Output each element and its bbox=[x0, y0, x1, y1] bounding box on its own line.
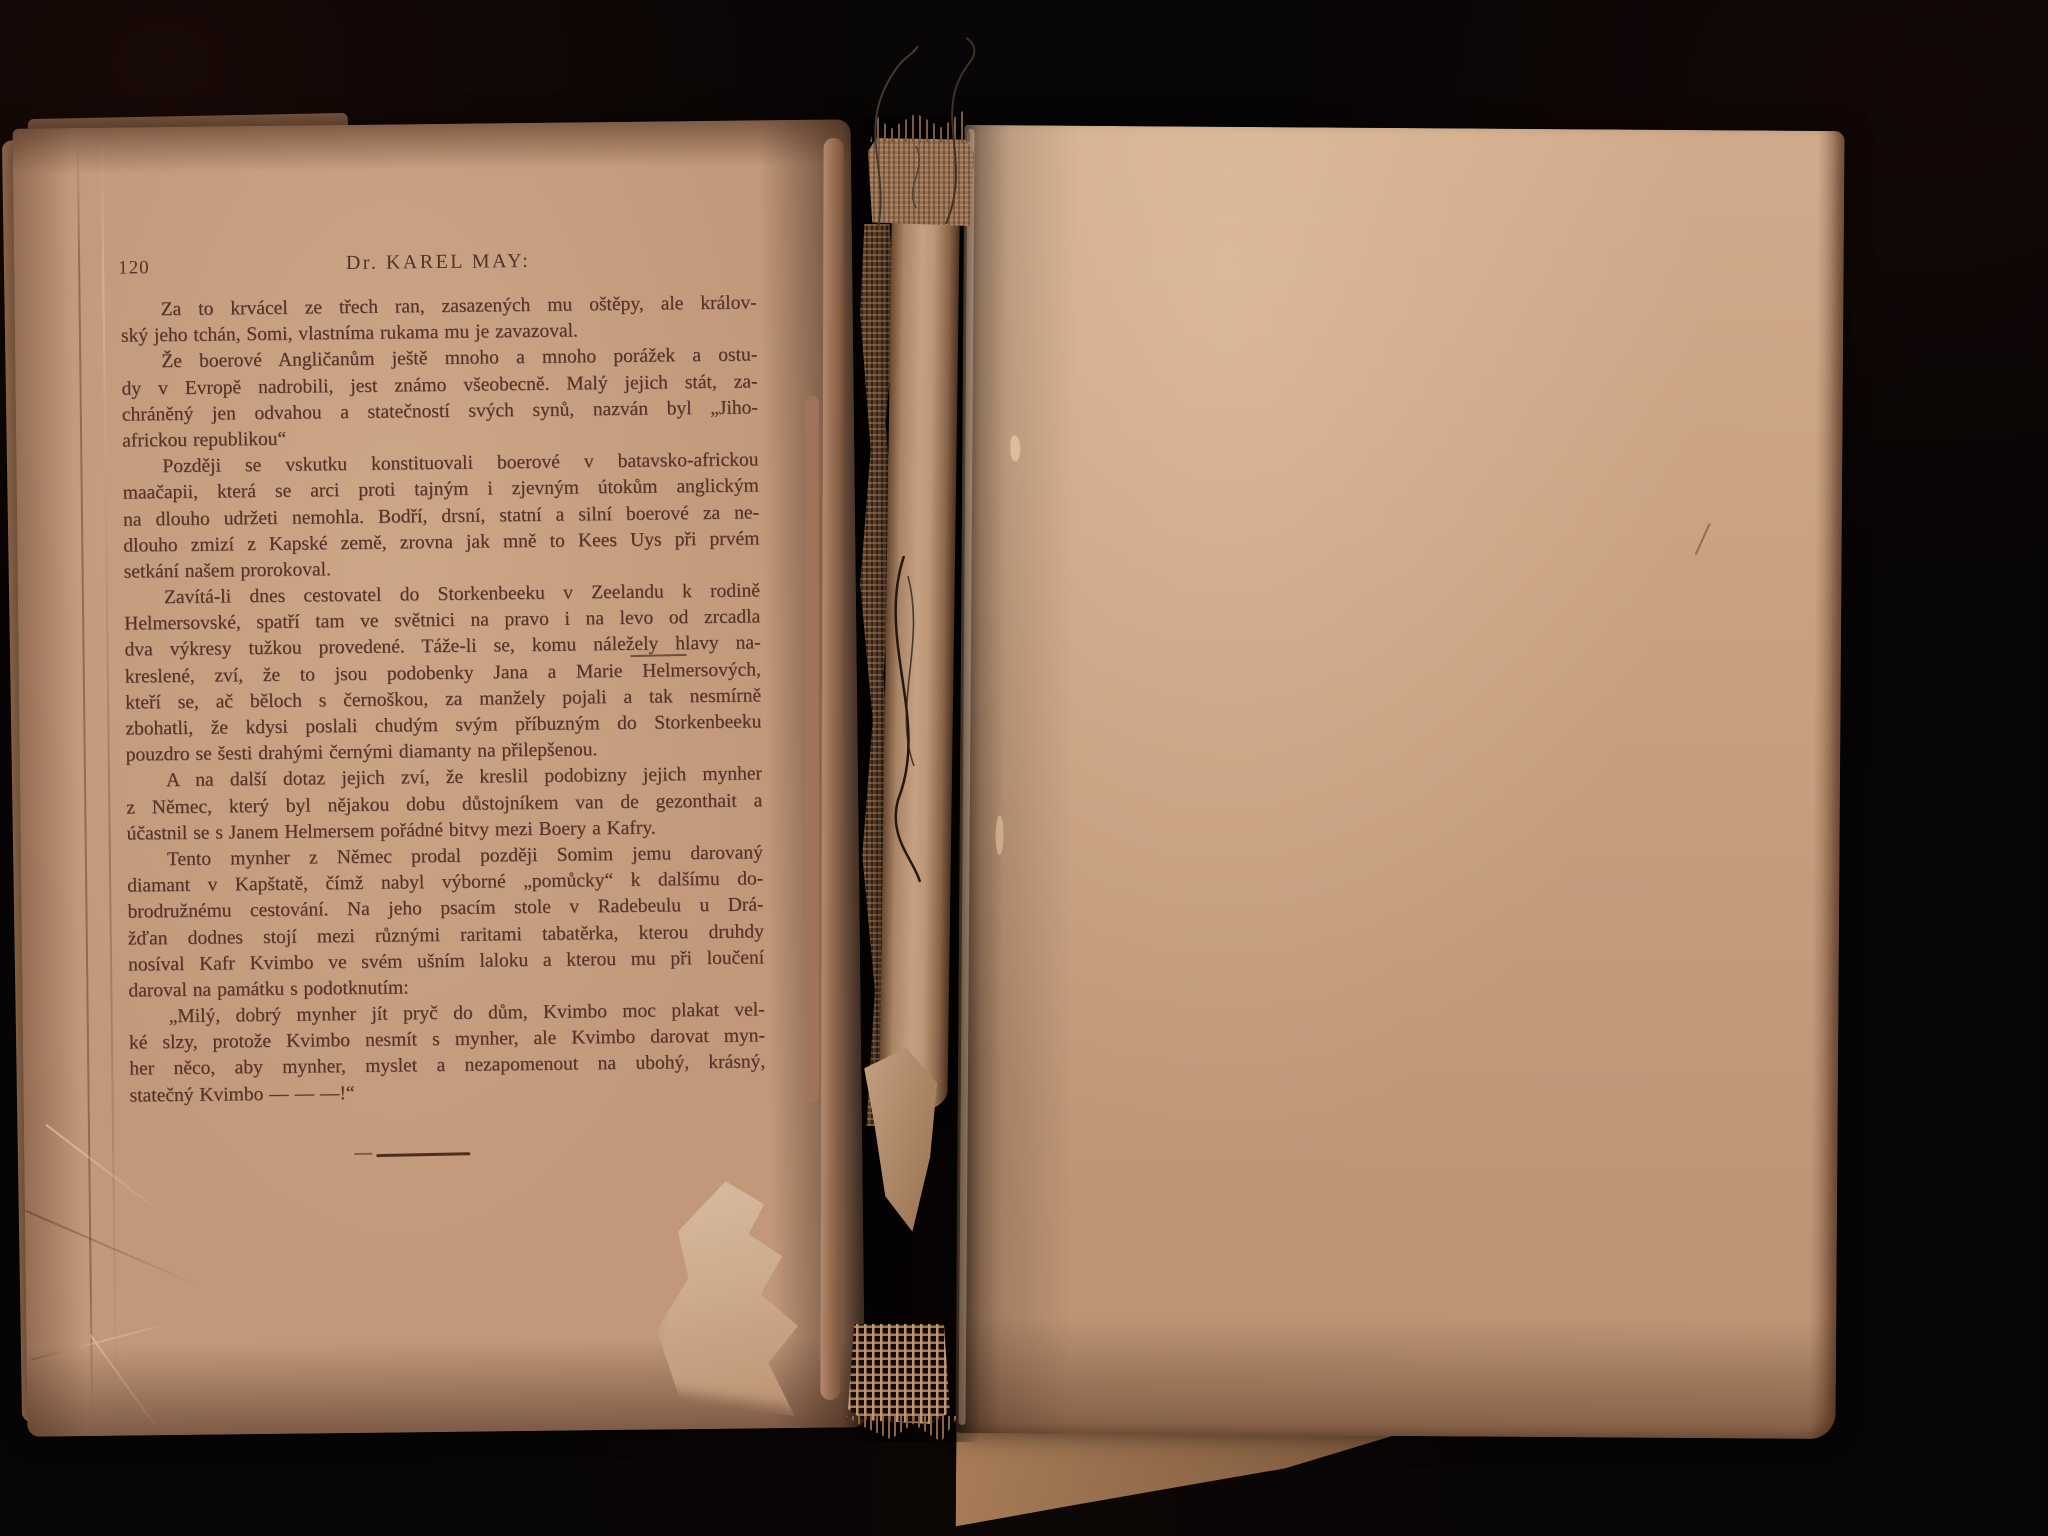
torn-paper-flap bbox=[648, 1175, 839, 1418]
hanging-thread-icon bbox=[856, 556, 986, 886]
section-divider-rule bbox=[376, 1152, 470, 1156]
right-page bbox=[955, 125, 1844, 1439]
torn-page-edge bbox=[805, 396, 819, 1102]
torn-page-edge bbox=[820, 138, 843, 1400]
crease-line bbox=[45, 1124, 167, 1218]
section-divider-lead bbox=[354, 1153, 372, 1155]
crease-line bbox=[89, 1334, 162, 1434]
binding-gauze-bottom bbox=[848, 1324, 950, 1424]
page-stack-bottom-edge bbox=[956, 1422, 1427, 1529]
loose-threads-icon bbox=[818, 28, 1078, 248]
paper-fiber bbox=[1695, 523, 1711, 555]
body-text: Za to krvácel ze třech ran, zasazených m… bbox=[121, 290, 766, 1109]
paper-chip bbox=[1010, 435, 1020, 461]
page-edge-line bbox=[77, 138, 94, 1418]
left-page: 120 Dr. KAREL MAY: Za to krvácel ze třec… bbox=[13, 119, 866, 1436]
page-edge-line bbox=[101, 134, 118, 1422]
running-title: Dr. KAREL MAY: bbox=[120, 247, 756, 277]
paper-chip bbox=[995, 815, 1003, 855]
photo-background: 120 Dr. KAREL MAY: Za to krvácel ze třec… bbox=[0, 0, 2048, 1536]
